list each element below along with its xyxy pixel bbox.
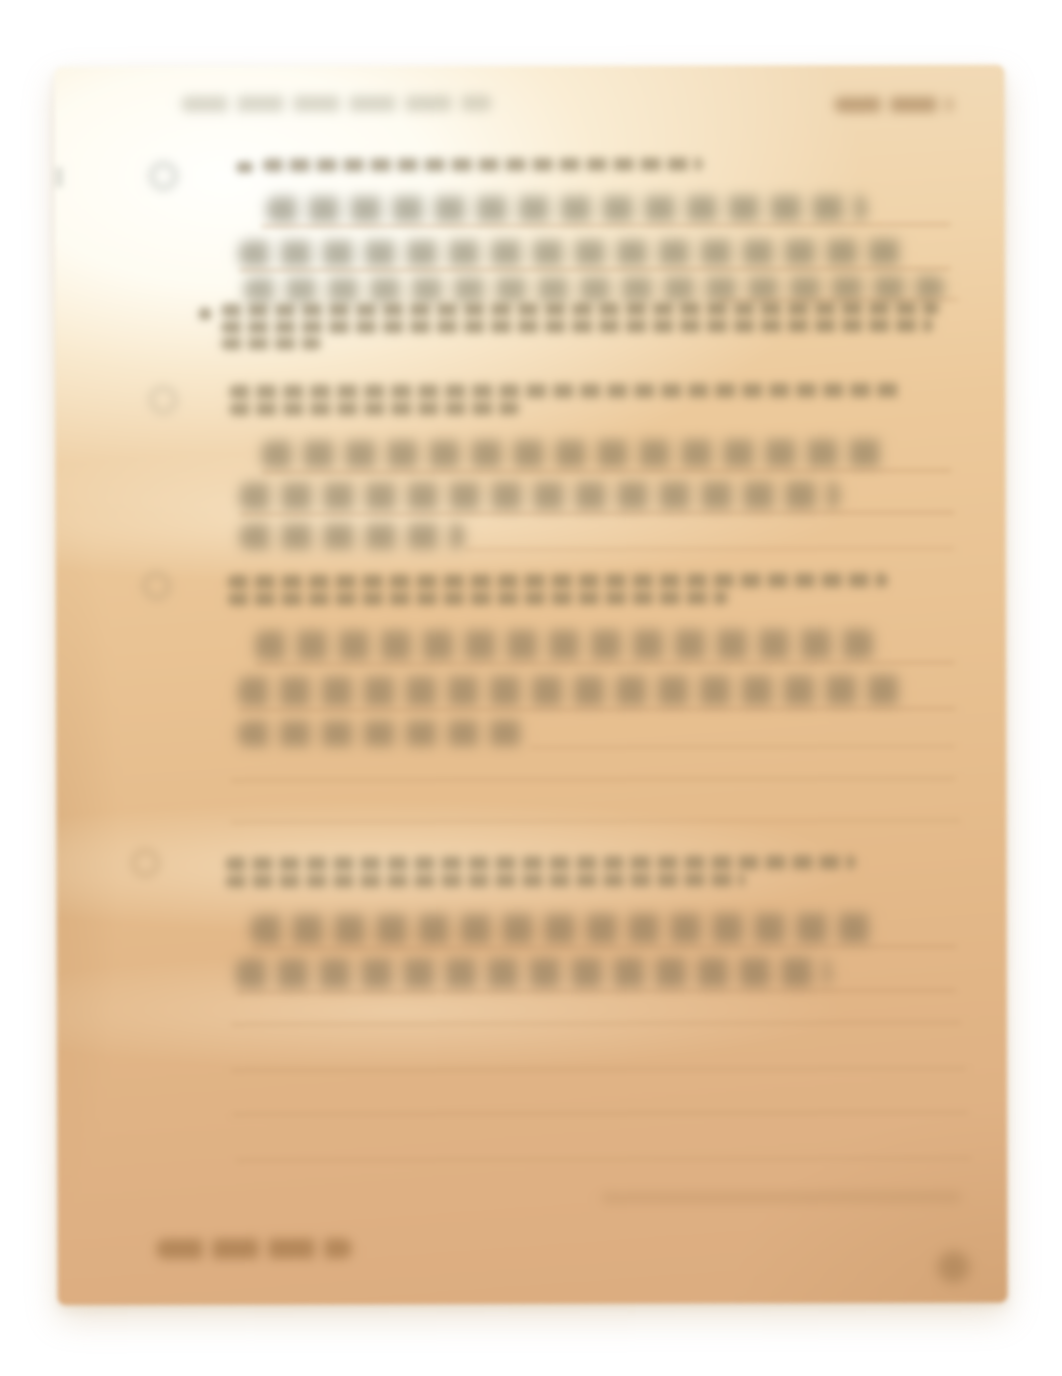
ruled-line (233, 1111, 968, 1116)
ruled-line (240, 511, 955, 516)
answer-4-line-1 (255, 629, 875, 661)
ruled-line (255, 661, 955, 666)
page-content-marks (54, 65, 1004, 67)
answer-3-line-1 (261, 439, 891, 469)
answer-1-line-2 (239, 239, 904, 267)
ruled-line (231, 1067, 966, 1072)
question-4-text-line-1 (228, 573, 888, 589)
footer-copyright (156, 1238, 351, 1259)
ruled-line (261, 223, 951, 228)
ruled-line (719, 298, 959, 302)
scanned-worksheet-page (54, 65, 1007, 1305)
question-4-text-line-2 (228, 591, 728, 605)
question-2-text-line-3 (221, 338, 321, 350)
ruled-line (230, 819, 960, 824)
ruled-line (238, 707, 956, 712)
question-5-text-line-1 (225, 855, 855, 871)
ruled-line (251, 945, 957, 950)
question-2-number (199, 308, 211, 320)
question-1-text-line (263, 158, 703, 172)
answer-3-line-2 (239, 481, 839, 511)
ruled-line (231, 1021, 961, 1026)
question-2-text-line-2 (221, 319, 933, 334)
circled-question-number-1 (150, 162, 178, 190)
page-number-badge (937, 1251, 969, 1283)
answer-5-line-1 (251, 913, 881, 945)
ruled-line (230, 777, 956, 782)
circled-question-number-2 (149, 386, 177, 414)
ruled-line (236, 989, 956, 994)
header-right-label (834, 97, 952, 112)
ruled-line (239, 267, 951, 272)
faint-line-smudge (601, 1191, 961, 1204)
answer-4-line-2 (238, 675, 903, 707)
circled-question-number-3 (143, 572, 171, 600)
question-3-text-line-2 (229, 402, 519, 416)
margin-edge-mark (56, 167, 63, 187)
question-2-text-line-1 (221, 302, 939, 317)
answer-5-line-2 (236, 957, 831, 989)
question-3-text-line-1 (229, 383, 904, 399)
answer-4-line-3 (238, 720, 528, 747)
ruled-line (236, 1157, 971, 1162)
ruled-line (465, 547, 955, 551)
ruled-line (530, 745, 955, 749)
ruled-line (261, 469, 951, 474)
header-left-title (181, 95, 491, 112)
circled-question-number-4 (131, 849, 159, 877)
question-5-text-line-2 (225, 873, 745, 887)
answer-3-line-3 (240, 523, 465, 550)
question-1-item-letter (237, 162, 253, 173)
answer-1-line-1 (267, 195, 867, 223)
photo-canvas (0, 0, 1062, 1376)
